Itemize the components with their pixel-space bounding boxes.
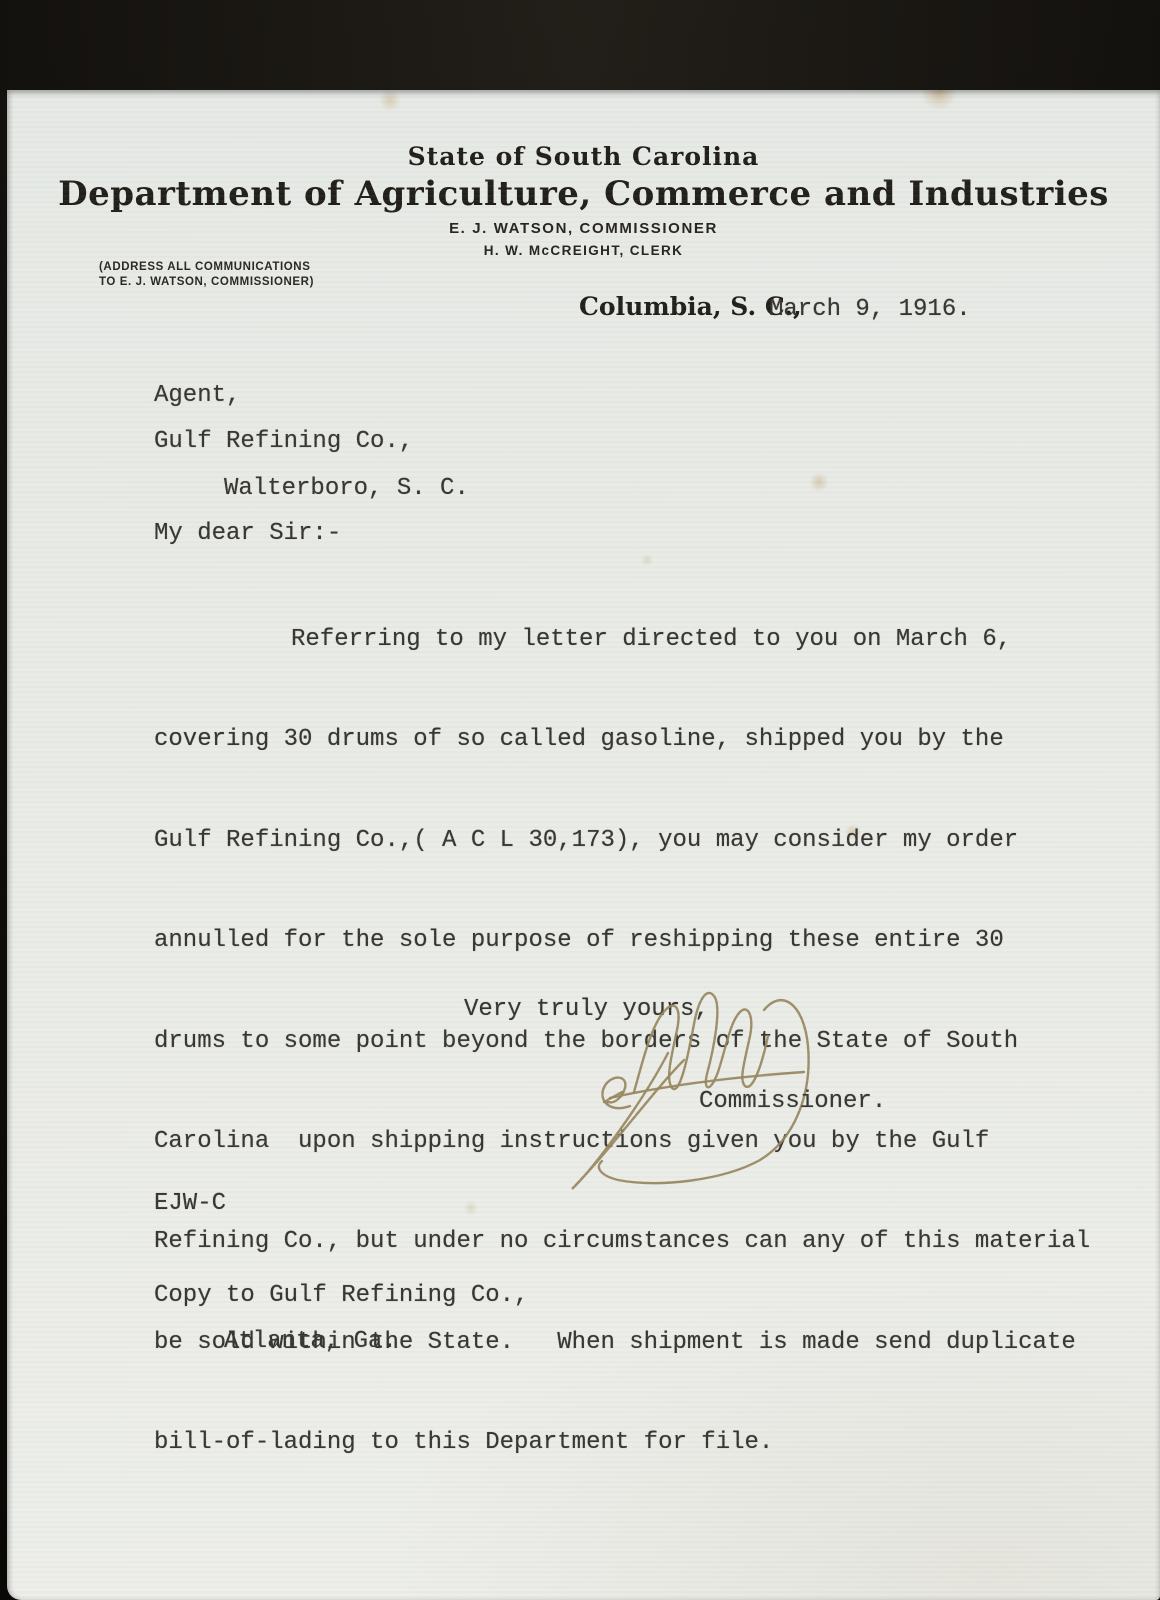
address-note-line2: TO E. J. WATSON, COMMISSIONER) xyxy=(99,275,314,290)
salutation: My dear Sir:- xyxy=(154,520,341,547)
reference-initials: EJW-C xyxy=(154,1190,226,1217)
typed-date: March 9, 1916. xyxy=(769,296,971,323)
copy-line-company: Copy to Gulf Refining Co., xyxy=(154,1282,528,1309)
recipient-line-agent: Agent, xyxy=(154,382,240,409)
signature-title: Commissioner. xyxy=(699,1088,886,1115)
recipient-line-company: Gulf Refining Co., xyxy=(154,428,413,455)
letter-sheet: State of South Carolina Department of Ag… xyxy=(7,90,1160,1600)
body-line: annulled for the sole purpose of reshipp… xyxy=(154,927,1054,973)
body-line: bill-of-lading to this Department for fi… xyxy=(154,1429,1054,1475)
letterhead-department-line: Department of Agriculture, Commerce and … xyxy=(7,174,1160,214)
letterhead-state-line: State of South Carolina xyxy=(7,142,1160,171)
body-line: Referring to my letter directed to you o… xyxy=(154,626,1054,672)
letterhead-commissioner-line: E. J. WATSON, COMMISSIONER xyxy=(7,220,1160,237)
body-line: Gulf Refining Co.,( A C L 30,173), you m… xyxy=(154,827,1054,873)
letterhead-clerk-line: H. W. McCREIGHT, CLERK xyxy=(7,243,1160,258)
body-line: covering 30 drums of so called gasoline,… xyxy=(154,726,1054,772)
address-note-line1: (ADDRESS ALL COMMUNICATIONS xyxy=(99,260,314,275)
letterhead-address-note: (ADDRESS ALL COMMUNICATIONS TO E. J. WAT… xyxy=(99,260,314,290)
copy-line-city: Atlanta, Ga. xyxy=(224,1328,397,1355)
body-line: Refining Co., but under no circumstances… xyxy=(154,1228,1054,1274)
recipient-line-city: Walterboro, S. C. xyxy=(224,475,469,502)
